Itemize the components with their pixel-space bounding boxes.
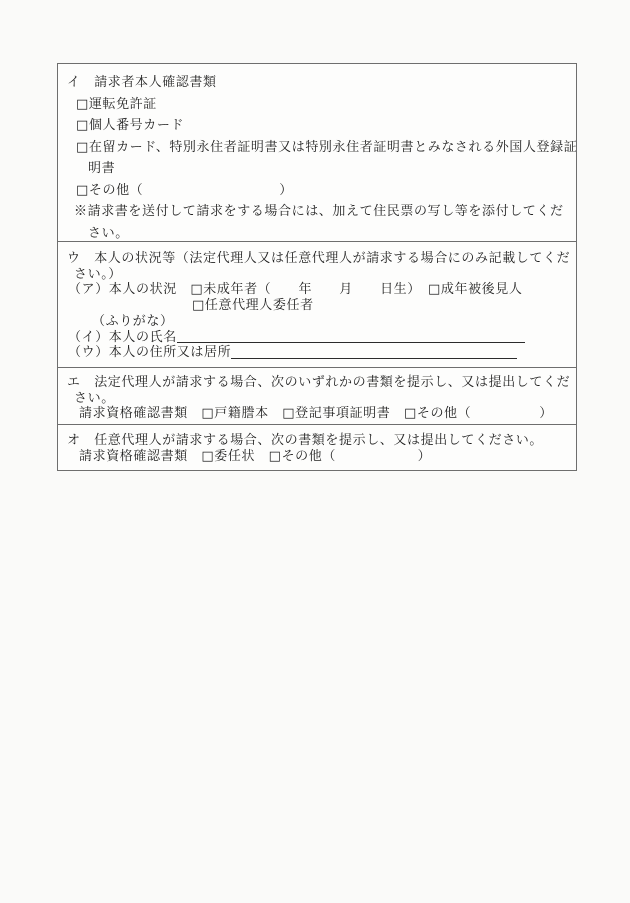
note-mail-request-line2: さい。 xyxy=(58,223,576,242)
section-principal-status: ウ 本人の状況等（法定代理人又は任意代理人が請求する場合にのみ記載してくだ さい… xyxy=(58,241,576,367)
section-i-heading: イ 請求者本人確認書類 xyxy=(58,72,576,94)
principal-address-field[interactable] xyxy=(231,357,517,359)
checkbox-individual-number-card[interactable]: □個人番号カード xyxy=(58,115,576,137)
checkbox-voluntary-agent-delegator[interactable]: □任意代理人委任者 xyxy=(58,298,576,314)
principal-name-row: （イ）本人の氏名 xyxy=(58,330,576,346)
document-page: イ 請求者本人確認書類 □運転免許証 □個人番号カード □在留カード、特別永住者… xyxy=(0,0,630,903)
section-o-heading: オ 任意代理人が請求する場合、次の書類を提示し、又は提出してください。 xyxy=(58,433,576,449)
checkbox-residence-card-line1[interactable]: □在留カード、特別永住者証明書又は特別永住者証明書とみなされる外国人登録証 xyxy=(58,137,576,159)
checkbox-minor-status-row[interactable]: （ア）本人の状況 □未成年者（ 年 月 日生） □成年被後見人 xyxy=(58,282,576,298)
principal-name-label: （イ）本人の氏名 xyxy=(68,330,177,346)
section-identity-documents: イ 請求者本人確認書類 □運転免許証 □個人番号カード □在留カード、特別永住者… xyxy=(58,64,576,241)
application-form-table: イ 請求者本人確認書類 □運転免許証 □個人番号カード □在留カード、特別永住者… xyxy=(57,63,577,471)
section-u-heading-line1: ウ 本人の状況等（法定代理人又は任意代理人が請求する場合にのみ記載してくだ xyxy=(58,251,576,267)
principal-name-field[interactable] xyxy=(177,341,525,343)
section-legal-representative: エ 法定代理人が請求する場合、次のいずれかの書類を提示し、又は提出してくだ さい… xyxy=(58,367,576,424)
checkbox-residence-card-line2: 明書 xyxy=(58,158,576,180)
checkbox-drivers-license[interactable]: □運転免許証 xyxy=(58,94,576,116)
principal-address-row: （ウ）本人の住所又は居所 xyxy=(58,345,576,361)
section-e-heading-line2: さい。 xyxy=(58,391,576,407)
section-voluntary-representative: オ 任意代理人が請求する場合、次の書類を提示し、又は提出してください。 請求資格… xyxy=(58,424,576,471)
section-u-heading-line2: さい。） xyxy=(58,267,576,283)
voluntary-rep-qualification-documents-row[interactable]: 請求資格確認書類 □委任状 □その他（ ） xyxy=(58,449,576,465)
principal-address-label: （ウ）本人の住所又は居所 xyxy=(68,345,231,361)
legal-rep-qualification-documents-row[interactable]: 請求資格確認書類 □戸籍謄本 □登記事項証明書 □その他（ ） xyxy=(58,406,576,422)
checkbox-other-document[interactable]: □その他（ ） xyxy=(58,180,576,202)
section-e-heading-line1: エ 法定代理人が請求する場合、次のいずれかの書類を提示し、又は提出してくだ xyxy=(58,375,576,391)
furigana-label: （ふりがな） xyxy=(58,314,576,330)
note-mail-request-line1: ※請求書を送付して請求をする場合には、加えて住民票の写し等を添付してくだ xyxy=(58,201,576,223)
